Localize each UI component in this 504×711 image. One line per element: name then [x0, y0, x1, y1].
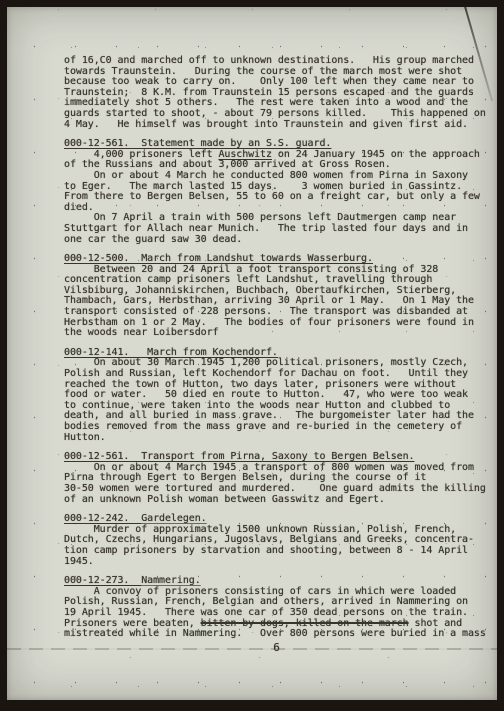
text-line: of an unknown Polish woman between Gassw… — [64, 495, 489, 506]
text-segment: Polish, Russian, French, Belgian and oth… — [64, 596, 468, 607]
text-segment: 000-12-500. March from Landshut towards … — [64, 253, 373, 264]
text-line: From there to Bergen Belsen, 55 to 60 on… — [64, 192, 489, 203]
text-segment: Herbstham on 1 or 2 May. The bodies of f… — [64, 317, 474, 328]
text-segment: 000-12-273. — [64, 575, 141, 586]
text-segment: bitten-by-dogs,-killed-on-the-march — [201, 618, 409, 629]
text-segment: the woods near Loibersdorf — [64, 327, 218, 338]
page-number: 6 — [64, 643, 489, 654]
text-line: Hutton. — [64, 433, 489, 444]
text-line: tion camp prisoners by starvation and sh… — [64, 546, 489, 557]
text-segment: 19 April 1945. There was one car of 350 … — [64, 607, 468, 618]
text-segment: 000-12-242. — [64, 513, 141, 524]
text-segment: one car the guard saw 30 dead. — [64, 234, 242, 245]
text-segment: death, and all buried in mass grave. The… — [64, 410, 474, 421]
text-segment: 000-12-561. Statement made by an S.S. gu… — [64, 138, 331, 149]
text-segment: Polish and Russian, left Kochendorf for … — [64, 368, 468, 379]
text-segment: 30-50 women were tortured and murdered. … — [64, 483, 486, 494]
text-segment: mistreated while in Nammering. Over 800 … — [64, 628, 486, 639]
text-segment: concentration camp prisoners left Landsh… — [64, 274, 432, 285]
section: 000-12-561. Transport from Pirna, Saxony… — [64, 452, 489, 505]
text-line: 4 May. He himself was brought into Traun… — [64, 120, 489, 131]
text-segment: Hutton. — [64, 432, 106, 443]
text-segment: Pirna through Egert to Bergen Belsen, du… — [64, 472, 426, 483]
text-segment: transport consisted of 228 persons. The … — [64, 306, 468, 317]
text-segment: shot and — [409, 618, 462, 629]
section: 000-12-273. Nammering. A convoy of priso… — [64, 576, 489, 640]
text-segment: 1945. — [64, 556, 94, 567]
text-segment: From there to Bergen Belsen, 55 to 60 on… — [64, 191, 480, 202]
text-segment: On 7 April a train with 500 persons left… — [64, 212, 456, 223]
section: 000-12-561. Statement made by an S.S. gu… — [64, 139, 489, 245]
text-segment: guards started to shoot, - about 79 pers… — [64, 108, 486, 119]
text-segment: 4 May. He himself was brought into Traun… — [64, 119, 468, 130]
text-segment: tion camp prisoners by starvation and sh… — [64, 545, 468, 556]
text-segment: 000-12-561. Transport from Pirna, Saxony… — [64, 451, 415, 462]
text-segment: Prisoners were beaten, — [64, 618, 201, 629]
text-line: bodies removed from the mass grave and r… — [64, 422, 489, 433]
text-segment: Gardelegen. — [141, 513, 206, 524]
text-segment: Dutch, Czechs, Hungarians, Jugoslavs, Be… — [64, 534, 474, 545]
section: 000-12-242. Gardelegen. Murder of approx… — [64, 514, 489, 567]
section: of 16,C0 and marched off to unknown dest… — [64, 56, 489, 130]
text-segment: bodies removed from the mass grave and r… — [64, 421, 462, 432]
text-segment: of the Russians and about 3,000 arrived … — [64, 159, 391, 170]
text-line: the woods near Loibersdorf — [64, 328, 489, 339]
text-segment: immediately shot 5 others. The rest were… — [64, 97, 468, 108]
section: 000-12-500. March from Landshut towards … — [64, 254, 489, 339]
text-segment: Thambach, Gars, Herbsthan, arriving 30 A… — [64, 295, 474, 306]
text-segment: of an unknown Polish woman between Gassw… — [64, 494, 385, 505]
text-line: one car the guard saw 30 dead. — [64, 235, 489, 246]
text-segment: food or water. 50 died en route to Hutto… — [64, 389, 468, 400]
document-page: of 16,C0 and marched off to unknown dest… — [7, 7, 497, 700]
text-segment: to Eger. The march lasted 15 days. 3 wom… — [64, 181, 462, 192]
text-segment: because too weak to carry on. Only 100 l… — [64, 76, 474, 87]
document-body: of 16,C0 and marched off to unknown dest… — [64, 56, 489, 653]
text-segment: On or about 4 March he conducted 800 wom… — [64, 170, 468, 181]
text-segment: Stuttgart for Allach near Munich. The tr… — [64, 223, 468, 234]
section: 000-12-141. March from Kochendorf. On ab… — [64, 348, 489, 443]
text-segment: reached the town of Hutton, two days lat… — [64, 379, 456, 390]
text-line: 1945. — [64, 557, 489, 568]
text-segment: On about 30 March 1945 1,200 political p… — [64, 357, 468, 368]
text-segment: of 16,C0 and marched off to unknown dest… — [64, 55, 474, 66]
text-segment: towards Traunstein. During the course of… — [64, 66, 462, 77]
text-segment: Nammering. — [141, 575, 200, 586]
text-line: mistreated while in Nammering. Over 800 … — [64, 629, 489, 640]
photographed-document: of 16,C0 and marched off to unknown dest… — [0, 0, 504, 711]
